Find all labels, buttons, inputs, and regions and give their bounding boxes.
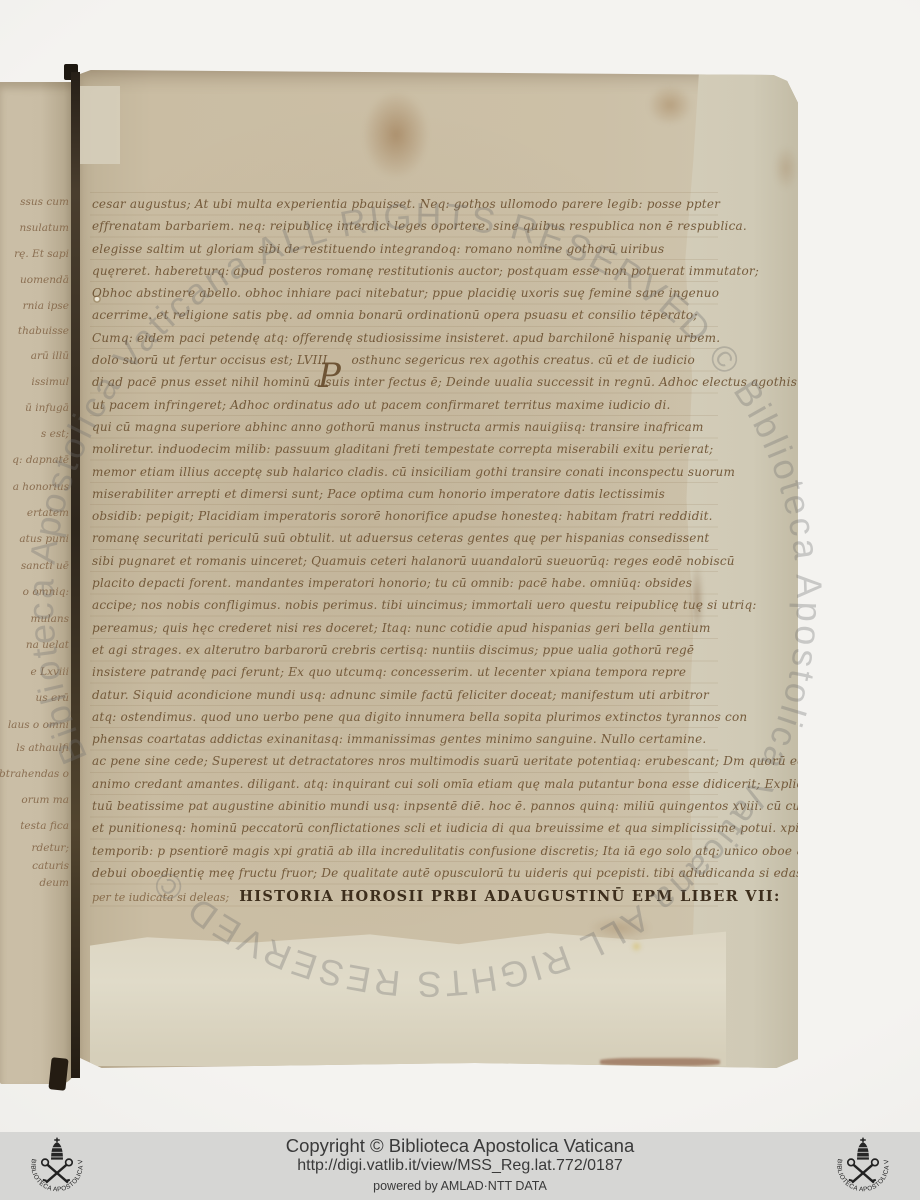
facing-page-line-fragment: rę. Et sapi <box>14 248 69 260</box>
facing-page-line-fragment: e Lxviii <box>31 666 69 678</box>
manuscript-line: elegisse saltim ut gloriam sibi de resti… <box>92 242 752 264</box>
parchment-patch-bottom <box>90 926 726 1066</box>
vatican-seal-right: BIBLIOTECA APOSTOLICA VATICANA <box>823 1134 903 1200</box>
facing-page-line-fragment: sancti uē <box>21 560 69 572</box>
stain-corner <box>768 136 804 200</box>
facing-page-line-fragment: ssus cum <box>20 196 69 208</box>
manuscript-line: insistere patrandę paci ferunt; Ex quo u… <box>92 665 752 687</box>
facing-page-line-fragment: orum ma <box>21 794 69 806</box>
facing-page-line-fragment: us erū <box>36 692 69 704</box>
manuscript-line: pereamus; quis hęc crederet nisi res doc… <box>92 621 752 643</box>
manuscript-line: miserabiliter arrepti et dimersi sunt; P… <box>92 487 752 509</box>
manuscript-line: romanę securitati periculū suū obtulit. … <box>92 531 752 553</box>
copyright-line: Copyright © Biblioteca Apostolica Vatica… <box>0 1135 920 1157</box>
drop-cap-initial: P <box>318 356 341 396</box>
manuscript-line: animo credant amantes. diligant. atq: in… <box>92 777 752 799</box>
facing-page-line-fragment: s est; <box>41 428 69 440</box>
facing-page-line-fragment: q: dapnatē <box>12 454 69 466</box>
manuscript-line: di ad pacē pnus esset nihil hominū a sui… <box>92 375 752 397</box>
facing-page-line-fragment: caturis <box>32 860 69 872</box>
manuscript-line: dolo suorū ut fertur occisus est; LVIII … <box>92 353 752 375</box>
manuscript-line: Cumq: eidem paci petendę atq: offerendę … <box>92 331 752 353</box>
manuscript-line: temporib: p psentiorē magis xpi gratiā a… <box>92 844 752 866</box>
manuscript-line: acerrime. et religione satis pbę. ad omn… <box>92 308 752 330</box>
manuscript-line: Obhoc abstinere abello. obhoc inhiare pa… <box>92 286 752 308</box>
facing-page-line-fragment: issimul <box>31 376 69 388</box>
facing-page-line-fragment: ubtrahendas o <box>0 768 69 780</box>
manuscript-line: tuū beatissime pat augustine abinitio mu… <box>92 799 752 821</box>
facing-page-strip: ssus cumnsulatumrę. Et sapiuomendārnia i… <box>0 82 74 1084</box>
papal-tiara-keys-icon <box>42 1138 72 1183</box>
facing-page-line-fragment: na uelat <box>26 639 69 651</box>
explicit-line: per te iudicata si deleas; HISTORIA HORO… <box>92 888 772 905</box>
manuscript-page: cesar augustus; At ubi multa experientia… <box>80 70 798 1068</box>
manuscript-line: atq: ostendimus. quod uno uerbo pene qua… <box>92 710 752 732</box>
papal-tiara-keys-icon <box>848 1138 878 1183</box>
facing-page-line-fragment: testa fica <box>20 820 69 832</box>
powered-by-line: powered by AMLAD·NTT DATA <box>0 1179 920 1193</box>
manuscript-line: quęreret. habereturq: apud posteros roma… <box>92 264 752 286</box>
manuscript-line: phensas coartatas addictas exinanitasq: … <box>92 732 752 754</box>
vatican-seal-left: BIBLIOTECA APOSTOLICA VATICANA <box>17 1134 97 1200</box>
svg-text:BIBLIOTECA APOSTOLICA VATICANA: BIBLIOTECA APOSTOLICA VATICANA <box>824 1134 891 1193</box>
stain-bottom <box>578 912 662 944</box>
facing-page-line-fragment: ertatem <box>27 507 69 519</box>
manuscript-line: et punitionesq: hominū peccatorū conflic… <box>92 821 752 843</box>
explicit-rubric: HISTORIA HOROSII PRBI ADAUGUSTINŪ EPM LI… <box>239 888 780 905</box>
facing-page-line-fragment: mulans <box>31 613 70 625</box>
wax-spot <box>630 940 643 953</box>
screenshot: ssus cumnsulatumrę. Et sapiuomendārnia i… <box>0 0 920 1200</box>
photo-area: ssus cumnsulatumrę. Et sapiuomendārnia i… <box>0 0 920 1132</box>
facing-page-line-fragment: nsulatum <box>20 222 69 234</box>
manuscript-line: obsidib: pepigit; Placidiam imperatoris … <box>92 509 752 531</box>
manuscript-text-block: cesar augustus; At ubi multa experientia… <box>92 197 752 888</box>
manuscript-line: cesar augustus; At ubi multa experientia… <box>92 197 752 219</box>
manuscript-line: accipe; nos nobis confligimus. nobis per… <box>92 598 752 620</box>
footer-bar: Copyright © Biblioteca Apostolica Vatica… <box>0 1132 920 1200</box>
seal-caption-right: BIBLIOTECA APOSTOLICA VATICANA <box>824 1134 891 1193</box>
facing-page-line-fragment: rnia ipse <box>23 300 69 312</box>
manuscript-line: moliretur. induodecim milib: passuum gla… <box>92 442 752 464</box>
binding-gutter <box>71 72 80 1078</box>
manuscript-line: debui oboedientię meę fructu fruor; De q… <box>92 866 752 888</box>
facing-page-line-fragment: arū illū <box>31 350 69 362</box>
facing-page-line-fragment: rdetur; <box>32 842 70 854</box>
facing-page-line-fragment: o omniq: <box>23 586 69 598</box>
facing-page-line-fragment: deum <box>39 877 69 889</box>
facing-page-line-fragment: ls athaulfi <box>16 742 69 754</box>
bottom-edge-mark <box>600 1058 720 1066</box>
explicit-prefix: per te iudicata si deleas; <box>92 891 229 904</box>
facing-page-line-fragment: uomendā <box>20 274 69 286</box>
manuscript-line: datur. Siquid acondicione mundi usq: adn… <box>92 688 752 710</box>
stain-top-right <box>638 76 702 134</box>
facing-page-line-fragment: atus puni <box>19 533 69 545</box>
facing-page-line-fragment: laus o omni <box>8 719 69 731</box>
manuscript-line: ut pacem infringeret; Adhoc ordinatus ad… <box>92 398 752 420</box>
facing-page-line-fragment: a honorius <box>13 481 69 493</box>
manuscript-line: qui cū magna superiore abhinc anno gotho… <box>92 420 752 442</box>
svg-text:BIBLIOTECA APOSTOLICA VATICANA: BIBLIOTECA APOSTOLICA VATICANA <box>18 1134 85 1193</box>
manuscript-line: memor etiam illius acceptę sub halarico … <box>92 465 752 487</box>
source-url: http://digi.vatlib.it/view/MSS_Reg.lat.7… <box>0 1157 920 1175</box>
manuscript-line: et agi strages. ex alterutro barbarorū c… <box>92 643 752 665</box>
binding-tail <box>48 1057 68 1091</box>
manuscript-line: effrenatam barbariem. neq: reipublicę in… <box>92 219 752 241</box>
seal-caption-left: BIBLIOTECA APOSTOLICA VATICANA <box>18 1134 85 1193</box>
facing-page-line-fragment: thabuisse <box>18 325 69 337</box>
parchment-patch-top-left <box>80 86 120 164</box>
manuscript-line: sibi pugnaret et romanis uinceret; Quamu… <box>92 554 752 576</box>
ink-stain-top <box>350 80 442 202</box>
facing-page-line-fragment: ū infugā <box>25 402 69 414</box>
manuscript-line: placito depacti forent. mandantes impera… <box>92 576 752 598</box>
manuscript-line: ac pene sine cede; Superest ut detractat… <box>92 754 752 776</box>
